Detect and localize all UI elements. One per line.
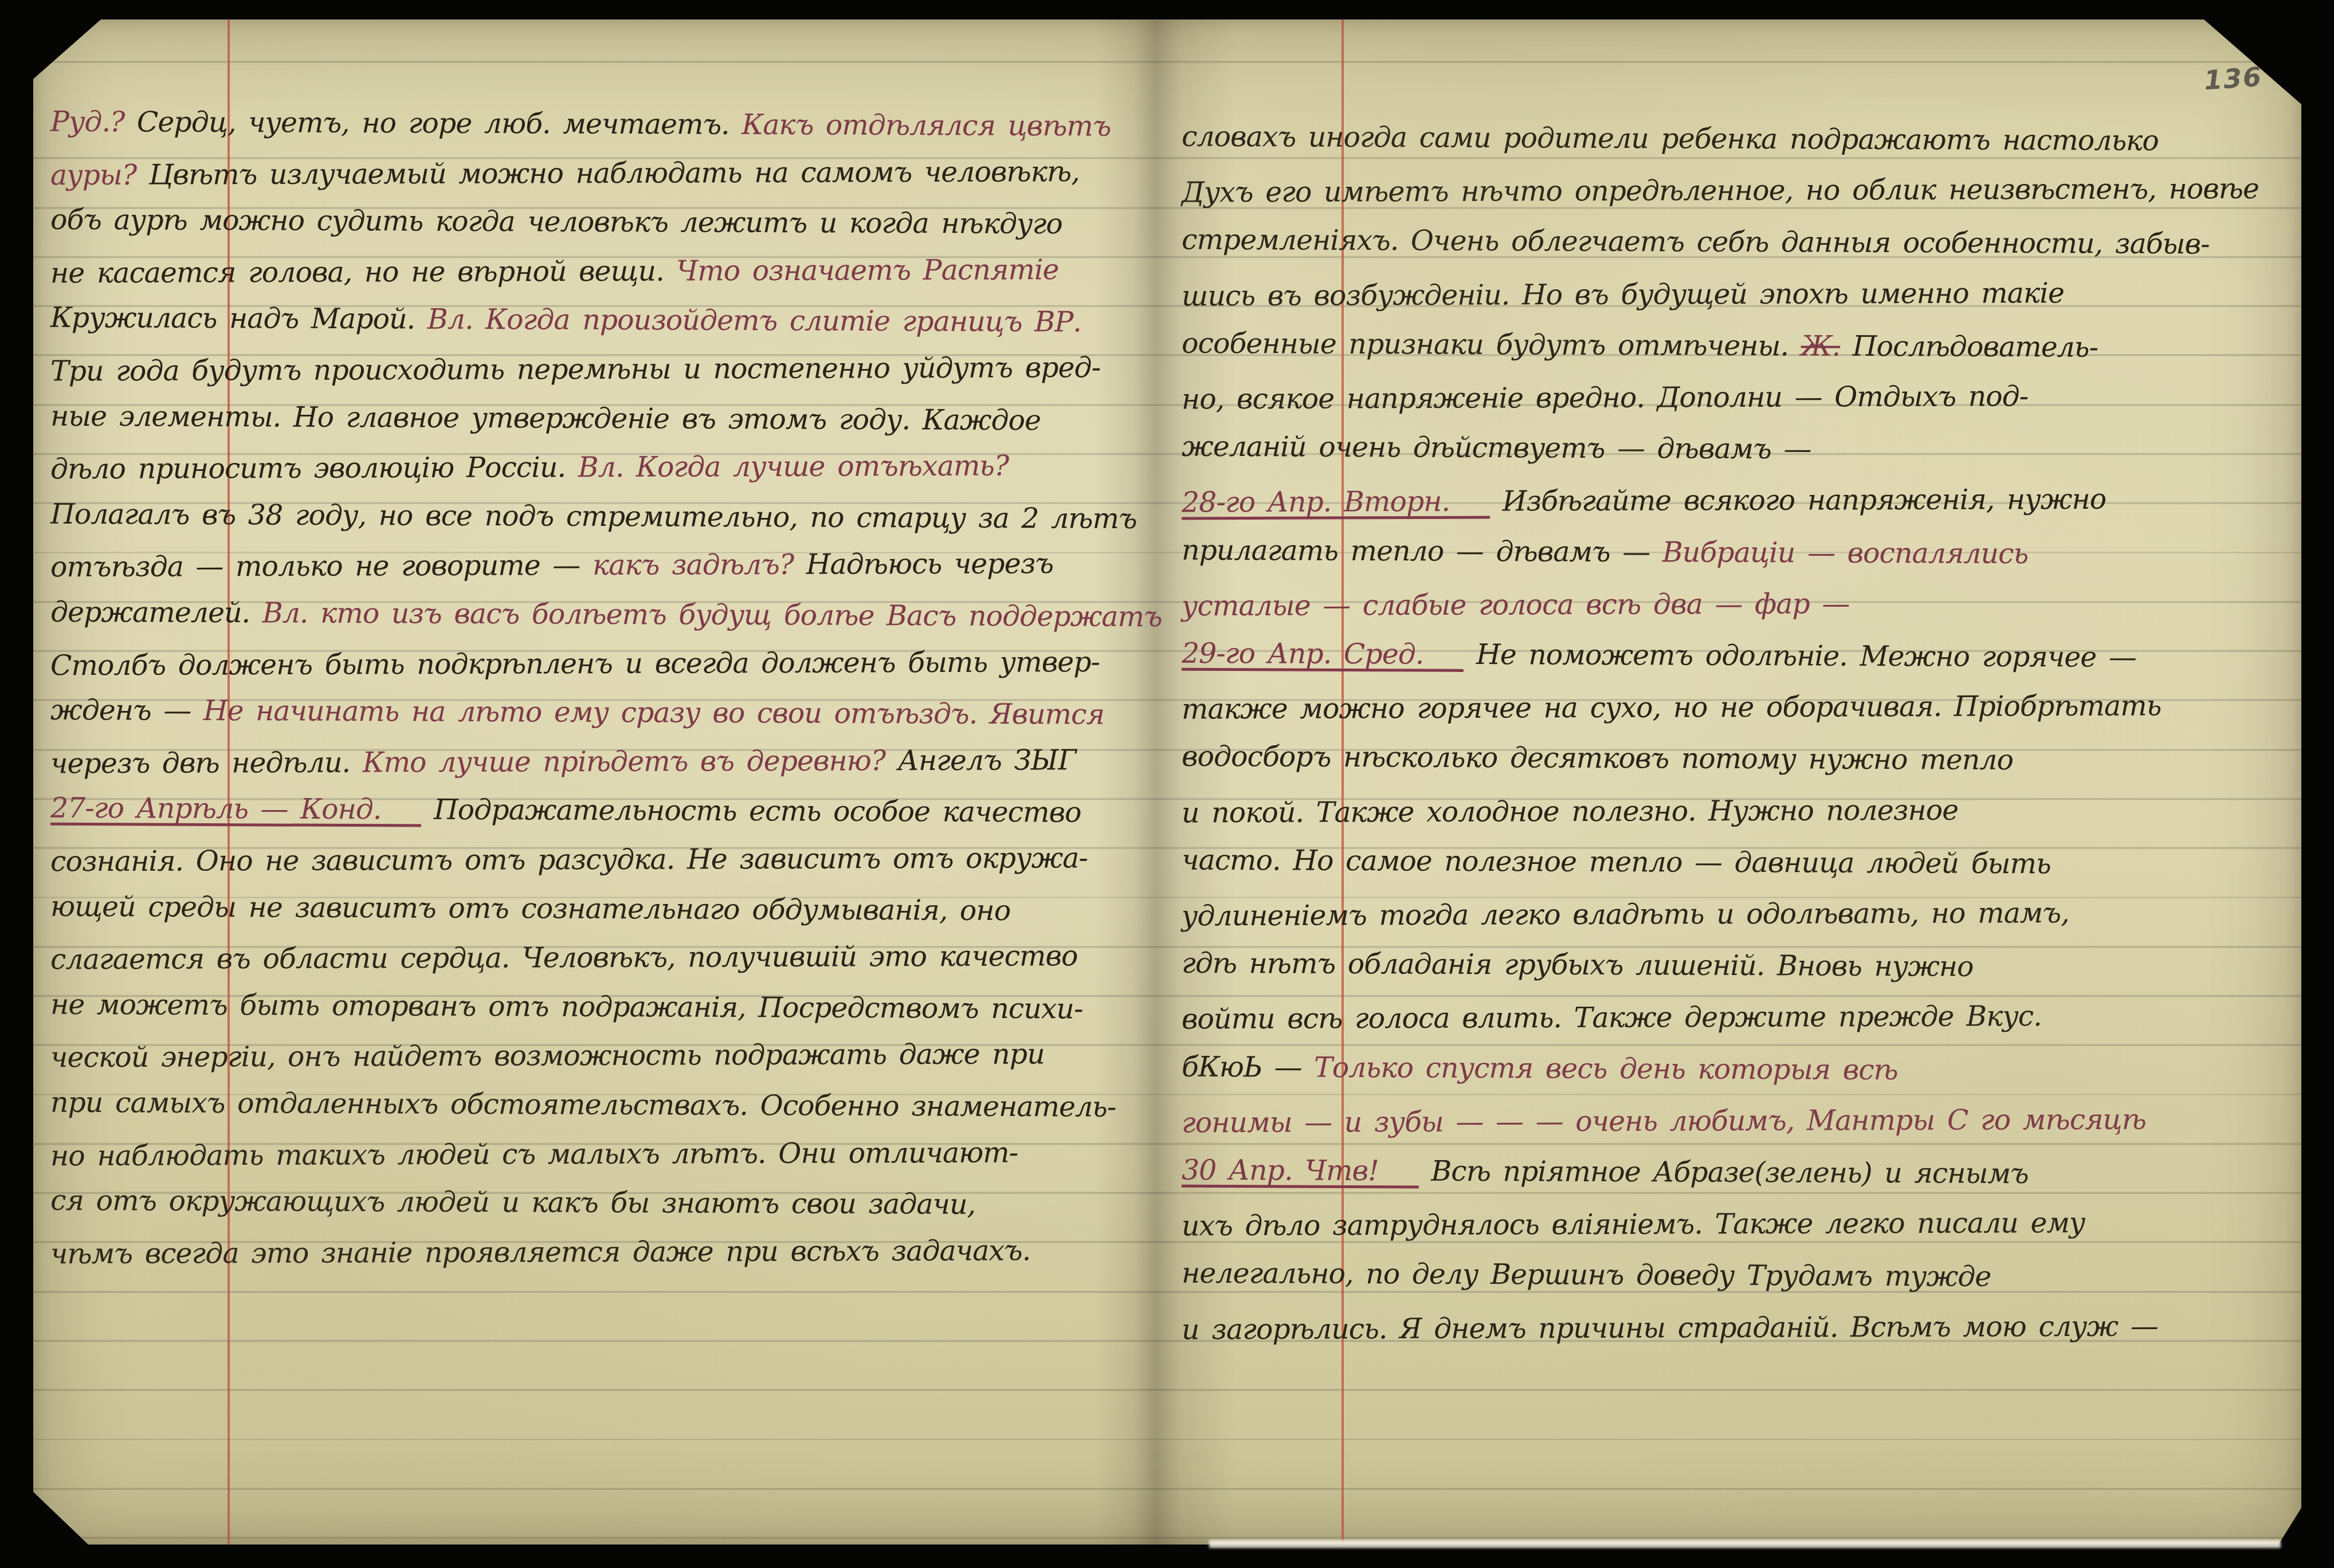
handwriting-line: войти всѣ голоса влить. Также держите пр… (1182, 999, 2299, 1036)
handwriting-segment: 27-го Апрѣль — Конд. (50, 793, 422, 827)
handwriting-segment: часто. Но самое полезное тепло — давница… (1182, 844, 2051, 881)
handwriting-line: но наблюдать такихъ людей съ малыхъ лѣтъ… (50, 1135, 1156, 1172)
handwriting-segment: жденъ — (50, 694, 203, 727)
handwriting-segment: Духъ его имѣетъ нѣчто опредѣленное, но о… (1182, 172, 2259, 209)
handwriting-line: шись въ возбужденіи. Но въ будущей эпохѣ… (1182, 276, 2299, 312)
handwriting-line: Три года будутъ происходить перемѣны и п… (50, 351, 1156, 388)
handwriting-segment: не касается голова, но не вѣрной вещи. (50, 254, 676, 289)
handwriting-segment: и покой. Также холодное полезно. Нужно п… (1182, 793, 1958, 829)
handwriting-segment: Ж. (1800, 329, 1840, 362)
handwriting-segment: удлиненіемъ тогда легко владѣть и одолѣв… (1182, 897, 2069, 932)
handwriting-line: дѣло приноситъ эволюцію Россіи. Вл. Когд… (50, 449, 1156, 486)
handwriting-line: при самыхъ отдаленныхъ обстоятельствахъ.… (50, 1086, 1156, 1123)
handwriting-line: не можетъ быть оторванъ отъ подражанія, … (50, 988, 1156, 1025)
handwriting-segment: отъѣзда — только не говорите — (50, 549, 593, 583)
handwriting-segment: также можно горячее на сухо, но не обора… (1182, 690, 2162, 726)
handwriting-line: словахъ иногда сами родители ребенка под… (1182, 120, 2299, 158)
handwriting-segment: гонимы — и зубы — — — очень любимъ, Мант… (1182, 1103, 2146, 1139)
handwriting-line: стремленіяхъ. Очень облегчаетъ себѣ данн… (1182, 223, 2299, 261)
handwriting-segment: Только спустя весь день которыя всѣ (1314, 1051, 1898, 1086)
handwriting-segment: ауры? (50, 158, 149, 191)
handwriting-segment: особенные признаки будутъ отмѣчены. (1182, 327, 1801, 363)
handwriting-line: и загорѣлись. Я днемъ причины страданій.… (1182, 1309, 2299, 1346)
handwriting-segment: слагается въ области сердца. Человѣкъ, п… (50, 940, 1078, 976)
handwriting-line: ющей среды не зависитъ отъ сознательнаго… (50, 890, 1156, 927)
handwriting-line: ся отъ окружающихъ людей и какъ бы знают… (50, 1184, 1156, 1221)
handwriting-segment: не можетъ быть оторванъ отъ подражанія, … (50, 988, 1083, 1025)
handwriting-segment: Кто лучше пріѣдетъ въ деревню? (363, 744, 898, 779)
handwriting-line: чѣмъ всегда это знаніе проявляется даже … (50, 1233, 1156, 1270)
handwriting-segment: Столбъ долженъ быть подкрѣпленъ и всегда… (50, 646, 1100, 682)
handwriting-line: удлиненіемъ тогда легко владѣть и одолѣв… (1182, 896, 2299, 933)
handwriting-line: держателей. Вл. кто изъ васъ болѣетъ буд… (50, 596, 1156, 633)
handwriting-line: черезъ двѣ недѣли. Кто лучше пріѣдетъ въ… (50, 743, 1156, 780)
handwriting-segment: и загорѣлись. Я днемъ причины страданій.… (1182, 1310, 2158, 1346)
handwriting-segment: Цвѣтъ излучаемый можно наблюдать на само… (149, 155, 1080, 191)
handwriting-line: и покой. Также холодное полезно. Нужно п… (1182, 792, 2299, 829)
handwriting-segment: 30 Апр. Чтв! (1182, 1156, 1419, 1189)
handwriting-segment: объ аурѣ можно судить когда человѣкъ леж… (50, 203, 1062, 241)
handwriting-line: ихъ дѣло затруднялось вліяніемъ. Также л… (1182, 1206, 2299, 1243)
handwriting-line: но, всякое напряженіе вредно. Дополни — … (1182, 379, 2299, 416)
handwriting-segment: сознанія. Оно не зависитъ отъ разсудка. … (50, 842, 1088, 878)
handwriting-segment: Кружилась надъ Марой. (50, 301, 427, 336)
handwriting-line: гонимы — и зубы — — — очень любимъ, Мант… (1182, 1102, 2299, 1139)
handwriting-line: ауры? Цвѣтъ излучаемый можно наблюдать н… (50, 155, 1156, 191)
handwriting-line: нелегально, по делу Вершинъ доведу Труда… (1182, 1257, 2299, 1295)
handwriting-segment: но, всякое напряженіе вредно. Дополни — … (1182, 380, 2029, 415)
handwriting-segment: чѣмъ всегда это знаніе проявляется даже … (50, 1234, 1030, 1270)
handwriting-line: Полагалъ въ 38 году, но все подъ стремит… (50, 498, 1156, 535)
handwriting-segment: бКюЬ — (1182, 1050, 1314, 1083)
handwriting-segment: Что означаетъ Распятіе (676, 253, 1058, 287)
handwriting-line: желаній очень дѣйствуетъ — дѣвамъ — (1182, 430, 2299, 468)
handwriting-segment: 28-го Апр. Вторн. (1182, 487, 1490, 520)
handwriting-segment: какъ задѣлъ? (593, 548, 806, 581)
handwriting-line: отъѣзда — только не говорите — какъ задѣ… (50, 547, 1156, 584)
manuscript-scan: Руд.? Сердц, чуетъ, но горе люб. мечтает… (0, 0, 2334, 1568)
handwriting-line: не касается голова, но не вѣрной вещи. Ч… (50, 253, 1156, 289)
handwriting-segment: дѣло приноситъ эволюцію Россіи. (50, 451, 578, 485)
handwriting-line: ческой энергіи, онъ найдетъ возможность … (50, 1038, 1156, 1074)
handwriting-segment: при самыхъ отдаленныхъ обстоятельствахъ.… (50, 1086, 1116, 1123)
handwriting-segment: гдѣ нѣтъ обладанія грубыхъ лишеній. Внов… (1182, 947, 1974, 983)
handwriting-line: 27-го Апрѣль — Конд. Подражательность ес… (50, 792, 1156, 831)
handwriting-segment: 29-го Апр. Сред. (1182, 639, 1464, 673)
handwriting-segment: желаній очень дѣйствуетъ — дѣвамъ — (1182, 430, 1811, 466)
handwriting-segment: Не начинать на лѣто ему сразу во свои от… (203, 694, 1104, 731)
handwriting-line: 28-го Апр. Вторн. Избѣгайте всякого напр… (1182, 482, 2299, 520)
handwriting-line: жденъ — Не начинать на лѣто ему сразу во… (50, 694, 1156, 731)
handwriting-line: Кружилась надъ Марой. Вл. Когда произойд… (50, 301, 1156, 339)
handwriting-segment: Вибраціи — воспалялись (1662, 536, 2029, 570)
handwriting-line: ные элементы. Но главное утвержденіе въ … (50, 399, 1156, 437)
handwriting-segment: Подражательность есть особое качество (421, 793, 1081, 829)
handwriting-line: бКюЬ — Только спустя весь день которыя в… (1182, 1050, 2299, 1088)
handwriting-segment: Три года будутъ происходить перемѣны и п… (50, 351, 1100, 387)
handwriting-segment: Надѣюсь черезъ (806, 548, 1053, 581)
handwriting-segment: Полагалъ въ 38 году, но все подъ стремит… (50, 498, 1137, 535)
handwriting-segment: Сердц, чуетъ, но горе люб. мечтаетъ. (137, 105, 742, 141)
scanner-light-strip (1209, 1540, 2281, 1548)
handwriting-segment: ся отъ окружающихъ людей и какъ бы знают… (50, 1184, 975, 1221)
handwriting-segment: усталые — слабые голоса всѣ два — фар — (1182, 587, 1850, 622)
handwriting-segment: Вл. кто изъ васъ болѣетъ будущ болѣе Вас… (262, 596, 1162, 633)
handwriting-segment: прилагать тепло — дѣвамъ — (1182, 533, 1662, 568)
handwriting-segment: стремленіяхъ. Очень облегчаетъ себѣ данн… (1182, 223, 2210, 261)
handwriting-line: сознанія. Оно не зависитъ отъ разсудка. … (50, 842, 1156, 878)
handwriting-line: часто. Но самое полезное тепло — давница… (1182, 844, 2299, 882)
handwriting-line: Столбъ долженъ быть подкрѣпленъ и всегда… (50, 645, 1156, 682)
handwriting-segment: ющей среды не зависитъ отъ сознательнаго… (50, 890, 1010, 926)
handwriting-segment: Какъ отдѣлялся цвѣтъ (742, 108, 1111, 143)
handwriting-segment: черезъ двѣ недѣли. (50, 746, 363, 780)
handwriting-segment: Ангелъ ЗЫГ (898, 744, 1076, 777)
handwriting-segment: Руд.? (50, 105, 137, 139)
handwriting-segment: но наблюдать такихъ людей съ малыхъ лѣтъ… (50, 1136, 1018, 1172)
handwriting-segment: Послѣдователь- (1840, 330, 2098, 364)
handwriting-line: водосборъ нѣсколько десятковъ потому нуж… (1182, 740, 2299, 778)
page-number: 136 (2203, 61, 2264, 96)
handwriting-segment: нелегально, по делу Вершинъ доведу Труда… (1182, 1257, 1991, 1293)
handwriting-segment: водосборъ нѣсколько десятковъ потому нуж… (1182, 740, 2013, 776)
handwriting-segment: словахъ иногда сами родители ребенка под… (1182, 120, 2159, 157)
handwriting-line: 30 Апр. Чтв! Всѣ пріятное Абразе(зелень)… (1182, 1154, 2299, 1193)
handwriting-segment: ные элементы. Но главное утвержденіе въ … (50, 399, 1041, 437)
handwriting-line: гдѣ нѣтъ обладанія грубыхъ лишеній. Внов… (1182, 947, 2299, 985)
handwriting-line: также можно горячее на сухо, но не обора… (1182, 689, 2299, 726)
handwriting-line: Руд.? Сердц, чуетъ, но горе люб. мечтает… (50, 105, 1156, 143)
handwriting-line: прилагать тепло — дѣвамъ — Вибраціи — во… (1182, 533, 2299, 571)
handwriting-segment: ческой энергіи, онъ найдетъ возможность … (50, 1038, 1045, 1074)
handwriting-line: слагается въ области сердца. Человѣкъ, п… (50, 940, 1156, 976)
handwriting-segment: шись въ возбужденіи. Но въ будущей эпохѣ… (1182, 277, 2064, 312)
margin-rule-left (227, 19, 230, 1545)
handwriting-segment: Избѣгайте всякого напряженія, нужно (1490, 483, 2106, 518)
handwriting-segment: Вл. Когда произойдетъ слитіе границъ ВР. (427, 303, 1081, 339)
handwriting-segment: Вл. Когда лучше отъѣхать? (578, 450, 1009, 484)
notebook-spread: Руд.? Сердц, чуетъ, но горе люб. мечтает… (33, 19, 2301, 1545)
handwriting-line: объ аурѣ можно судить когда человѣкъ леж… (50, 203, 1156, 241)
handwriting-segment: ихъ дѣло затруднялось вліяніемъ. Также л… (1182, 1207, 2085, 1243)
handwriting-line: особенные признаки будутъ отмѣчены. Ж. П… (1182, 327, 2299, 365)
handwriting-segment: Всѣ пріятное Абразе(зелень) и яснымъ (1419, 1155, 2029, 1190)
handwriting-segment: Не поможетъ одолѣніе. Межно горячее — (1464, 638, 2136, 674)
handwriting-segment: держателей. (50, 596, 262, 630)
handwriting-line: Духъ его имѣетъ нѣчто опредѣленное, но о… (1182, 172, 2299, 209)
handwriting-segment: войти всѣ голоса влить. Также держите пр… (1182, 1000, 2042, 1036)
handwriting-line: 29-го Апр. Сред. Не поможетъ одолѣніе. М… (1182, 637, 2299, 676)
handwriting-line: усталые — слабые голоса всѣ два — фар — (1182, 585, 2299, 622)
